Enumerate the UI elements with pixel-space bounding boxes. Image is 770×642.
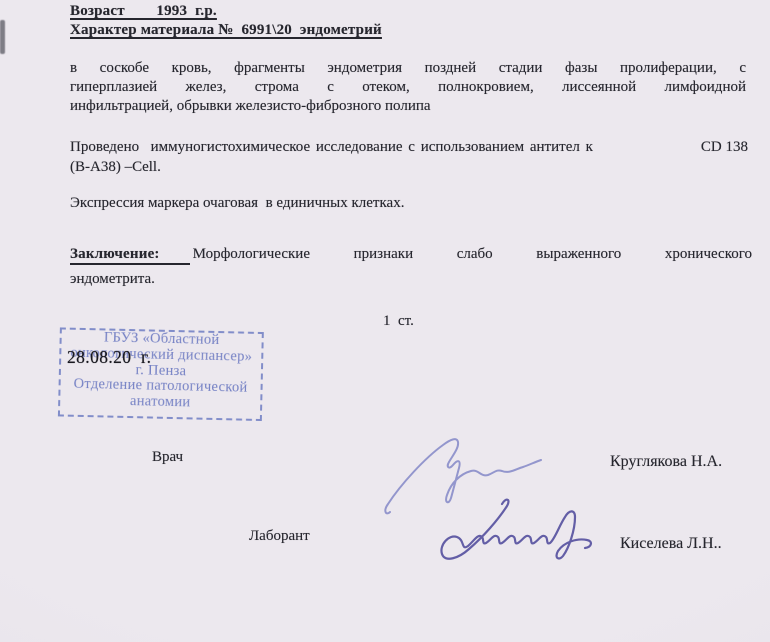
- microscopy-line: гиперплазией желез, строма с отеком, пол…: [70, 78, 746, 97]
- microscopy-line: в соскобе кровь, фрагменты эндометрия по…: [70, 59, 746, 78]
- conclusion-text-line1: Морфологические признаки слабо выраженно…: [190, 246, 752, 263]
- ihc-clone-line: (B-A38) –Cell.: [70, 158, 748, 178]
- microscopy-paragraph: в соскобе кровь, фрагменты эндометрия по…: [70, 59, 746, 117]
- conclusion-block: Заключение: Морфологические признаки сла…: [70, 246, 752, 289]
- exam-date: 28.08.20 г.: [67, 347, 151, 368]
- marker-expression-line: Экспрессия маркера очаговая в единичных …: [70, 195, 404, 212]
- stamp-line-5: анатомии: [130, 394, 191, 411]
- patient-age-line: Возраст 1993 г.р.: [70, 2, 382, 21]
- ihc-antibody-code: CD 138: [701, 138, 748, 158]
- stamp-text: ГБУЗ «Областной онкологический диспансер…: [39, 329, 283, 413]
- stage-note: 1 ст.: [383, 313, 414, 330]
- material-number-line: Характер материала № 6991\20 эндометрий: [70, 21, 382, 40]
- report-header: Возраст 1993 г.р. Характер материала № 6…: [70, 2, 382, 40]
- doctor-label: Врач: [152, 449, 183, 466]
- doctor-name: Круглякова Н.А.: [610, 453, 722, 471]
- assistant-name: Киселева Л.Н..: [620, 535, 722, 553]
- ihc-description: Проведено иммуногистохимическое исследов…: [70, 138, 593, 158]
- microscopy-line: инфильтрацией, обрывки железисто-фиброзн…: [70, 97, 746, 116]
- assistant-signature-image: [436, 494, 598, 572]
- scanned-medical-report: Возраст 1993 г.р. Характер материала № 6…: [0, 0, 770, 642]
- ihc-paragraph: Проведено иммуногистохимическое исследов…: [70, 138, 748, 177]
- assistant-label: Лаборант: [249, 528, 310, 545]
- conclusion-label: Заключение:: [70, 246, 190, 265]
- scan-edge-artifact: [0, 20, 5, 54]
- conclusion-text-line2: эндометрита.: [70, 270, 752, 289]
- org-stamp: ГБУЗ «Областной онкологический диспансер…: [39, 323, 283, 422]
